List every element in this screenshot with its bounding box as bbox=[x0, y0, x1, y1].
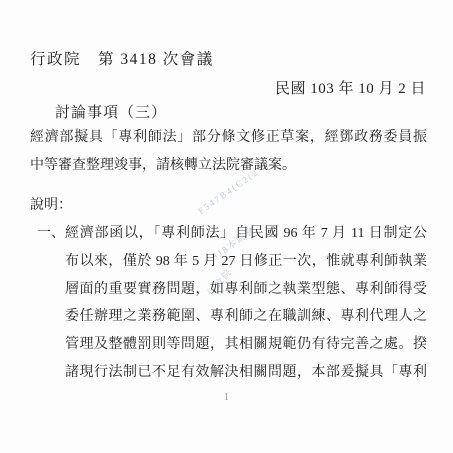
subject-line: 經濟部擬具「專利師法」部分條文修正草案，經鄧政務委員振 bbox=[30, 124, 427, 152]
list-item-one: 一、 經濟部函以，「專利師法」自民國 96 年 7 月 11 日制定公 布以來，… bbox=[37, 220, 427, 386]
list-item-marker: 一、 bbox=[37, 220, 65, 386]
meeting-date: 民國 103 年 10 月 2 日 bbox=[275, 77, 426, 98]
subject-line: 中等審查整理竣事，請核轉立法院審議案。 bbox=[30, 152, 427, 180]
list-item-line: 委任辦理之業務範圍、專利師之在職訓練、專利代理人之 bbox=[65, 303, 427, 331]
document-body: 經濟部擬具「專利師法」部分條文修正草案，經鄧政務委員振 中等審查整理竣事，請核轉… bbox=[30, 124, 427, 386]
list-item-body: 經濟部函以，「專利師法」自民國 96 年 7 月 11 日制定公 布以來，僅於 … bbox=[65, 220, 427, 386]
meeting-title: 行政院 第 3418 次會議 bbox=[30, 47, 214, 69]
section-heading: 討論事項（三） bbox=[55, 101, 167, 122]
list-item-line: 經濟部函以，「專利師法」自民國 96 年 7 月 11 日制定公 bbox=[65, 220, 427, 248]
list-item-line: 層面的重要實務問題，如專利師之執業型態、專利師得受 bbox=[65, 276, 427, 304]
list-item-line: 諸現行法制已不足有效解決相關問題，本部爰擬具「專利 bbox=[65, 359, 427, 387]
list-item-line: 管理及整體罰則等問題，其相關規範仍有待完善之處。揆 bbox=[65, 331, 427, 359]
explanation-label: 說明： bbox=[30, 192, 427, 220]
document-page: 行政院 第 3418 次會議 民國 103 年 10 月 2 日 討論事項（三）… bbox=[0, 0, 453, 453]
list-item-line: 布以來，僅於 98 年 5 月 27 日修正一次，惟就專利師執業 bbox=[65, 248, 427, 276]
page-number: 1 bbox=[0, 392, 453, 403]
